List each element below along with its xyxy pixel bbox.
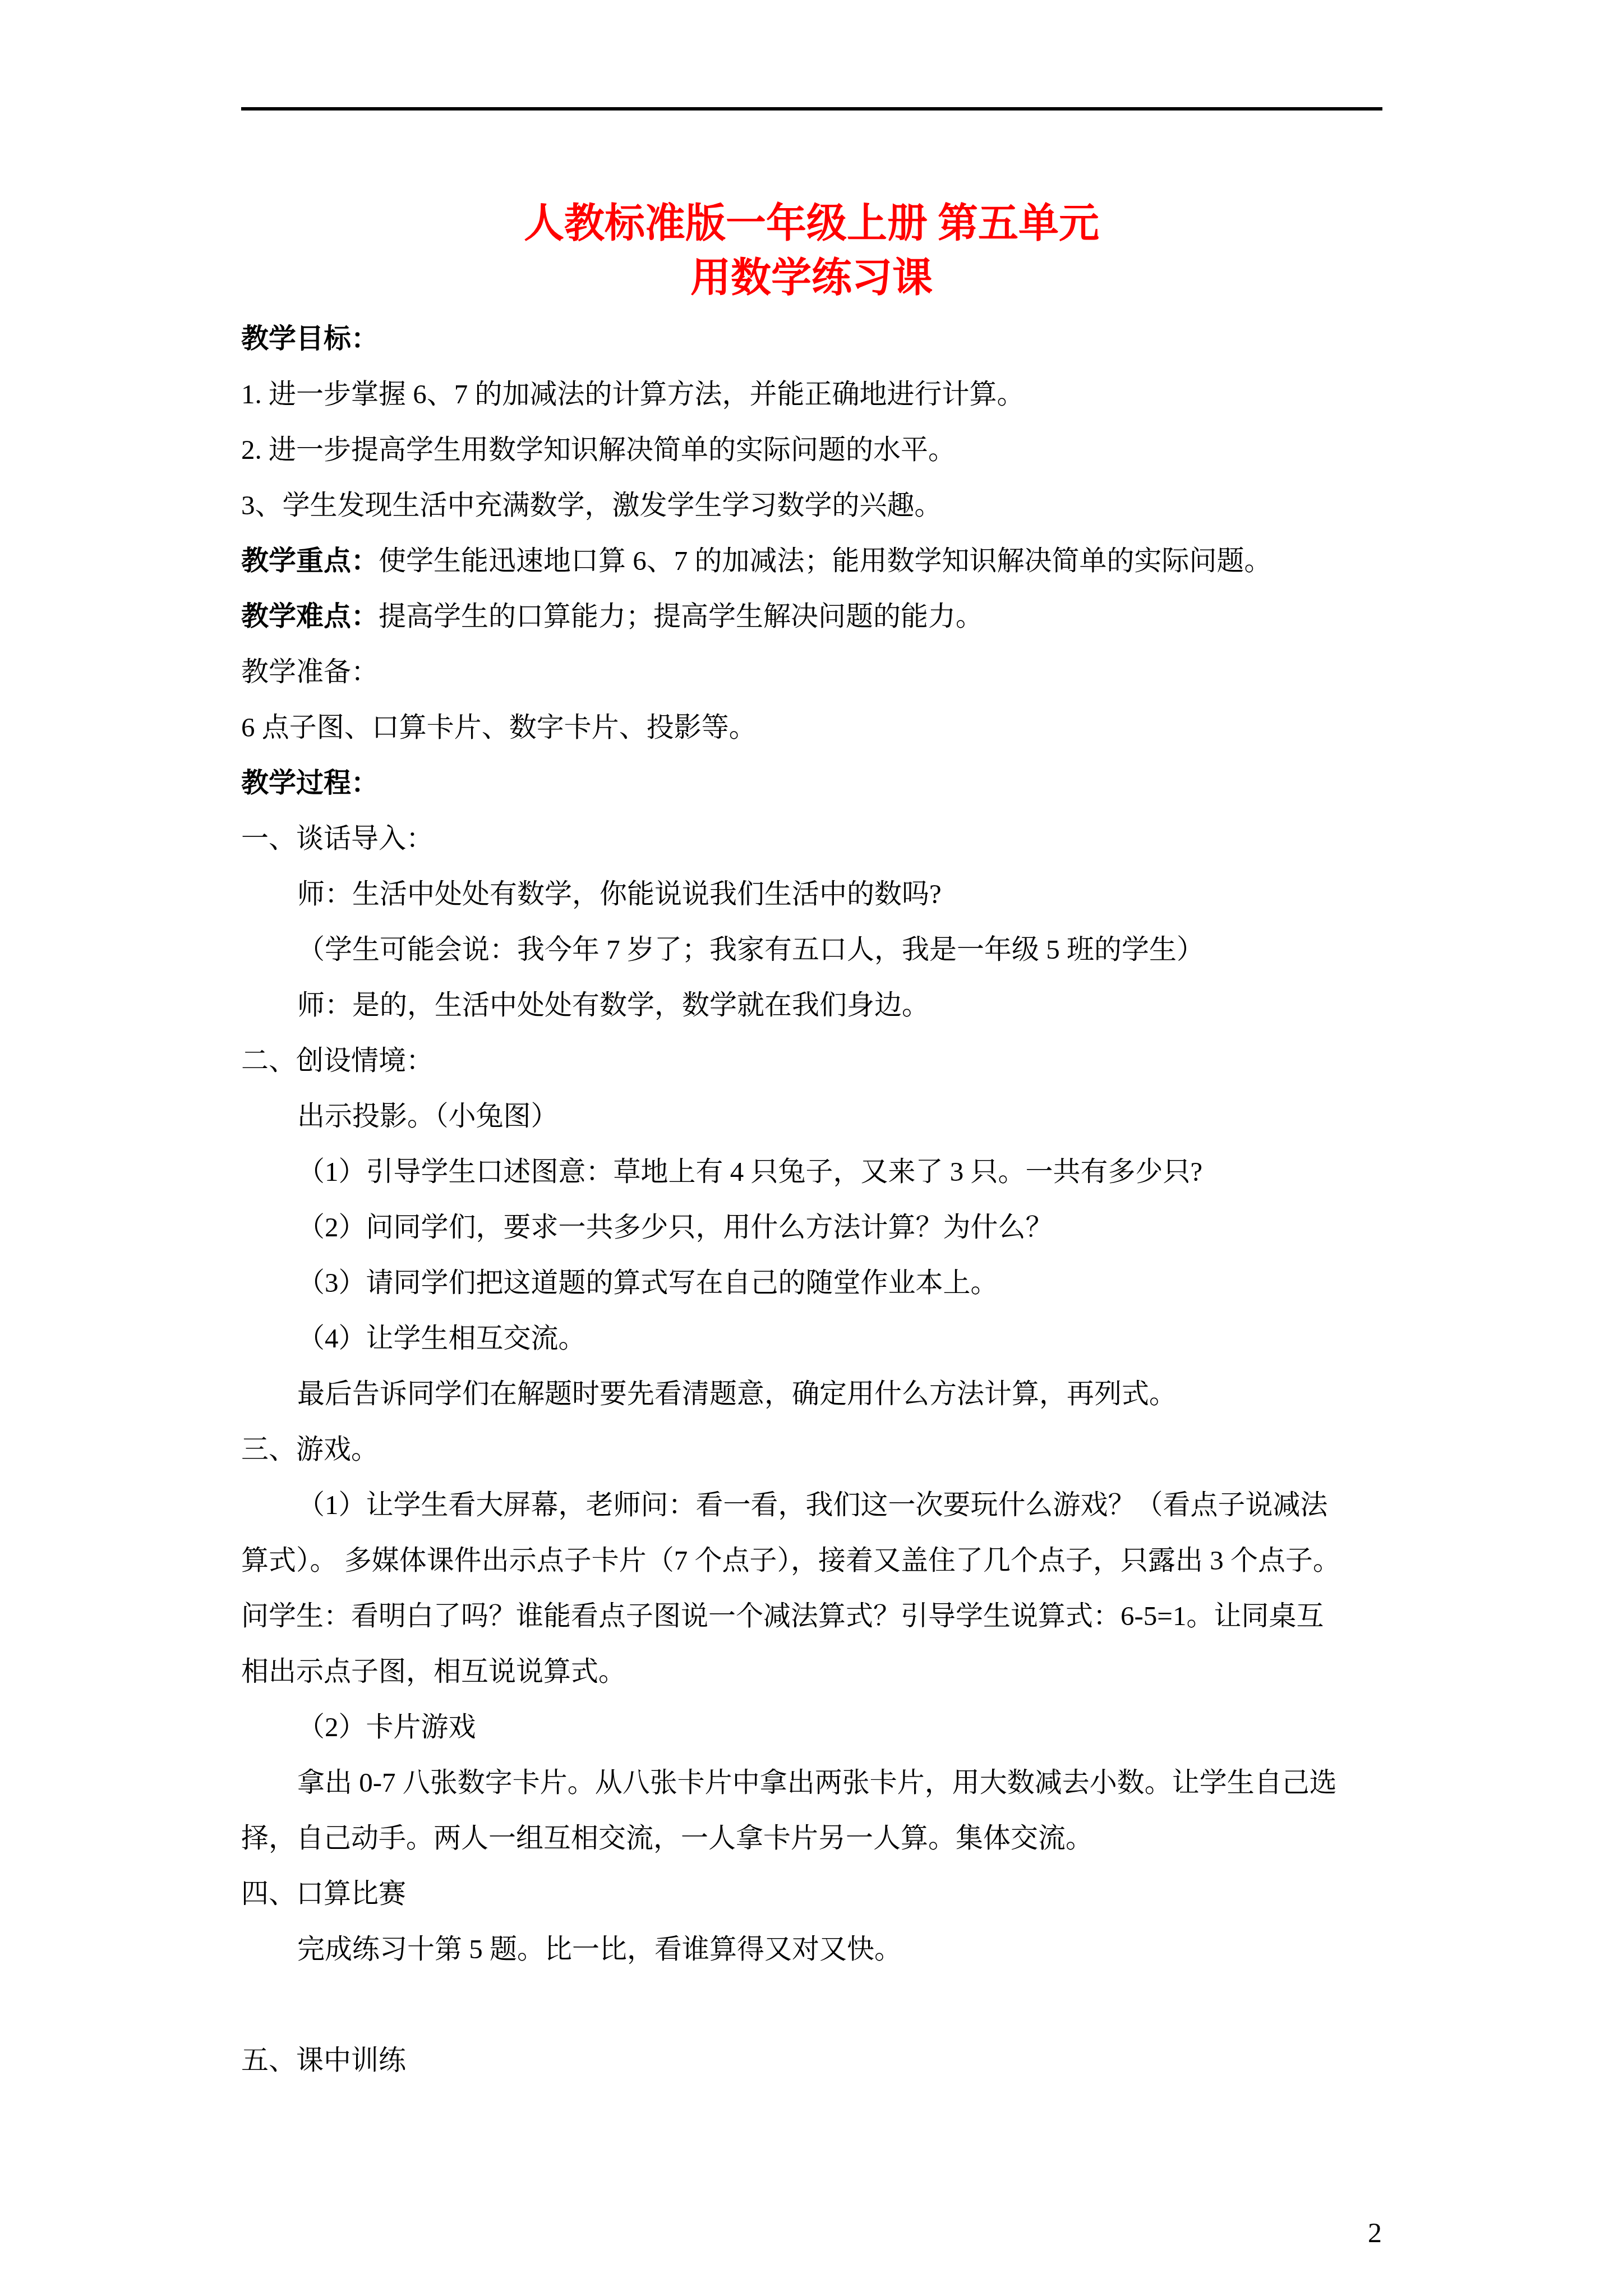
text-line: 五、课中训练 [241, 2032, 1382, 2088]
text-line: 教学准备： [241, 644, 1382, 700]
line-text-segment: 师：是的，生活中处处有数学，数学就在我们身边。 [297, 990, 929, 1020]
line-text-segment: （1）让学生看大屏幕，老师问：看一看，我们这一次要玩什么游戏？（看点子说减法 [297, 1489, 1328, 1520]
line-bold-segment: 教学过程： [241, 767, 379, 798]
line-text-segment: 一、谈话导入： [241, 823, 434, 854]
text-line: 完成练习十第 5 题。比一比，看谁算得又对又快。 [241, 1921, 1382, 1977]
line-text-segment: 相出示点子图，相互说说算式。 [241, 1656, 626, 1687]
text-line: （2）问同学们，要求一共多少只，用什么方法计算？为什么？ [241, 1199, 1382, 1255]
body-lines: 教学目标：1. 进一步掌握 6、7 的加减法的计算方法，并能正确地进行计算。2.… [241, 311, 1382, 2088]
line-bold-segment: 教学难点： [241, 601, 379, 632]
title-line-2: 用数学练习课 [241, 251, 1382, 305]
text-line [241, 1977, 1382, 2032]
text-line: 四、口算比赛 [241, 1866, 1382, 1921]
text-line: 师：是的，生活中处处有数学，数学就在我们身边。 [241, 977, 1382, 1033]
text-line: 3、学生发现生活中充满数学，激发学生学习数学的兴趣。 [241, 477, 1382, 533]
text-line: 三、游戏。 [241, 1421, 1382, 1477]
text-line: 拿出 0-7 八张数字卡片。从八张卡片中拿出两张卡片，用大数减去小数。让学生自己… [241, 1755, 1382, 1810]
header-rule [241, 107, 1382, 111]
line-text-segment: （2）卡片游戏 [297, 1711, 476, 1742]
line-text-segment: （2）问同学们，要求一共多少只，用什么方法计算？为什么？ [297, 1212, 1053, 1243]
text-line: （2）卡片游戏 [241, 1699, 1382, 1755]
line-text-segment: 3、学生发现生活中充满数学，激发学生学习数学的兴趣。 [241, 490, 942, 521]
line-text-segment: 师：生活中处处有数学，你能说说我们生活中的数吗? [297, 878, 942, 909]
line-text-segment: 拿出 0-7 八张数字卡片。从八张卡片中拿出两张卡片，用大数减去小数。让学生自己… [297, 1767, 1337, 1798]
line-text-segment: 二、创设情境： [241, 1045, 434, 1076]
line-bold-segment: 教学目标： [241, 323, 379, 354]
text-line: 教学难点：提高学生的口算能力；提高学生解决问题的能力。 [241, 588, 1382, 644]
text-line: 相出示点子图，相互说说算式。 [241, 1644, 1382, 1699]
line-text-segment: （4）让学生相互交流。 [297, 1323, 586, 1354]
text-line: 1. 进一步掌握 6、7 的加减法的计算方法，并能正确地进行计算。 [241, 366, 1382, 422]
line-bold-segment: 教学重点： [241, 545, 379, 576]
line-text-segment: （1）引导学生口述图意：草地上有 4 只兔子，又来了 3 只。一共有多少只? [297, 1156, 1202, 1187]
document-title: 人教标准版一年级上册 第五单元 用数学练习课 [241, 196, 1382, 305]
text-line: 一、谈话导入： [241, 811, 1382, 866]
line-text-segment: 提高学生的口算能力；提高学生解决问题的能力。 [379, 601, 983, 632]
line-text-segment: 6 点子图、口算卡片、数字卡片、投影等。 [241, 712, 757, 743]
text-line: 算式）。 多媒体课件出示点子卡片（7 个点子），接着又盖住了几个点子，只露出 3… [241, 1533, 1382, 1588]
line-text-segment: 算式）。 多媒体课件出示点子卡片（7 个点子），接着又盖住了几个点子，只露出 3… [241, 1545, 1340, 1576]
text-line: （1）让学生看大屏幕，老师问：看一看，我们这一次要玩什么游戏？（看点子说减法 [241, 1477, 1382, 1533]
line-text-segment: 择，自己动手。两人一组互相交流，一人拿卡片另一人算。集体交流。 [241, 1823, 1093, 1853]
line-text-segment: 使学生能迅速地口算 6、7 的加减法；能用数学知识解决简单的实际问题。 [379, 545, 1272, 576]
line-text-segment: 完成练习十第 5 题。比一比，看谁算得又对又快。 [297, 1934, 902, 1964]
line-text-segment: （学生可能会说：我今年 7 岁了；我家有五口人，我是一年级 5 班的学生） [297, 934, 1204, 965]
line-text-segment: 2. 进一步提高学生用数学知识解决简单的实际问题的水平。 [241, 434, 956, 465]
text-line: 教学重点：使学生能迅速地口算 6、7 的加减法；能用数学知识解决简单的实际问题。 [241, 533, 1382, 588]
document-page: 人教标准版一年级上册 第五单元 用数学练习课 教学目标：1. 进一步掌握 6、7… [0, 0, 1623, 2296]
text-line: 出示投影。（小兔图） [241, 1088, 1382, 1144]
line-text-segment: （3）请同学们把这道题的算式写在自己的随堂作业本上。 [297, 1267, 998, 1298]
page-number: 2 [241, 2216, 1382, 2249]
line-text-segment: 出示投影。（小兔图） [297, 1101, 559, 1131]
text-line: 问学生：看明白了吗？谁能看点子图说一个减法算式？引导学生说算式：6-5=1。让同… [241, 1588, 1382, 1644]
text-line: 6 点子图、口算卡片、数字卡片、投影等。 [241, 700, 1382, 755]
text-line: （1）引导学生口述图意：草地上有 4 只兔子，又来了 3 只。一共有多少只? [241, 1144, 1382, 1199]
text-line: 教学过程： [241, 755, 1382, 811]
line-text-segment: 三、游戏。 [241, 1434, 379, 1465]
text-line: 2. 进一步提高学生用数学知识解决简单的实际问题的水平。 [241, 422, 1382, 477]
line-text-segment: 最后告诉同学们在解题时要先看清题意，确定用什么方法计算，再列式。 [297, 1378, 1177, 1409]
text-line: 最后告诉同学们在解题时要先看清题意，确定用什么方法计算，再列式。 [241, 1366, 1382, 1421]
text-line: 师：生活中处处有数学，你能说说我们生活中的数吗? [241, 866, 1382, 922]
line-text-segment: 五、课中训练 [241, 2045, 406, 2076]
text-line: 择，自己动手。两人一组互相交流，一人拿卡片另一人算。集体交流。 [241, 1810, 1382, 1866]
line-text-segment: 1. 进一步掌握 6、7 的加减法的计算方法，并能正确地进行计算。 [241, 379, 1025, 409]
text-line: （学生可能会说：我今年 7 岁了；我家有五口人，我是一年级 5 班的学生） [241, 922, 1382, 977]
line-text-segment: 问学生：看明白了吗？谁能看点子图说一个减法算式？引导学生说算式：6-5=1。让同… [241, 1600, 1324, 1631]
line-text-segment: 四、口算比赛 [241, 1878, 406, 1909]
line-text-segment: 教学准备： [241, 656, 379, 687]
text-line: 教学目标： [241, 311, 1382, 366]
text-line: 二、创设情境： [241, 1033, 1382, 1088]
text-line: （4）让学生相互交流。 [241, 1310, 1382, 1366]
title-line-1: 人教标准版一年级上册 第五单元 [241, 196, 1382, 251]
text-line: （3）请同学们把这道题的算式写在自己的随堂作业本上。 [241, 1255, 1382, 1310]
